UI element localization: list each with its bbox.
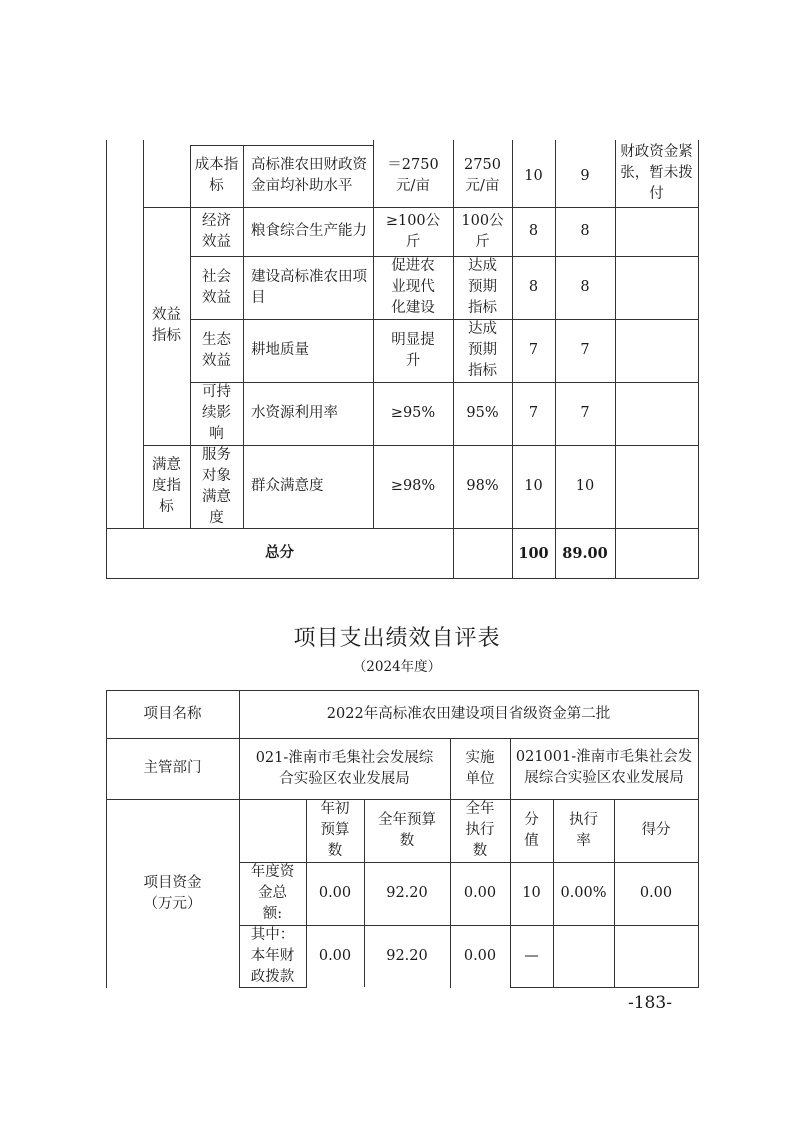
actual-cell: 达成预期指标 <box>453 319 512 382</box>
executed-cell: 0.00 <box>450 925 510 987</box>
note-cell <box>615 319 698 382</box>
header-weight: 分值 <box>510 799 553 862</box>
row-label: 年度资金总额: <box>239 862 306 925</box>
score-cell <box>614 925 698 987</box>
indicator-cell: 水资源利用率 <box>243 382 373 445</box>
weight-cell: 7 <box>512 319 555 382</box>
annual-budget-cell: 92.20 <box>364 925 450 987</box>
indicator-cell: 粮食综合生产能力 <box>243 207 373 256</box>
header-initial-budget: 年初预算数 <box>306 799 364 862</box>
target-cell: 促进农业现代化建设 <box>373 256 453 319</box>
score-cell: 8 <box>555 207 615 256</box>
target-cell: ≥100公斤 <box>373 207 453 256</box>
sub-indicator-cell: 服务对象满意度 <box>190 445 243 528</box>
note-cell <box>615 445 698 528</box>
note-cell <box>615 256 698 319</box>
total-note <box>615 528 698 578</box>
executed-cell: 0.00 <box>450 862 510 925</box>
actual-cell: 2750元/亩 <box>453 145 512 207</box>
project-name-value: 2022年高标准农田建设项目省级资金第二批 <box>239 690 698 738</box>
actual-cell: 达成预期指标 <box>453 256 512 319</box>
annual-budget-cell: 92.20 <box>364 862 450 925</box>
actual-cell: 95% <box>453 382 512 445</box>
weight-cell: 10 <box>512 445 555 528</box>
header-rate: 执行率 <box>553 799 614 862</box>
note-cell: 财政资金紧张，暂未拨付 <box>615 140 698 207</box>
score-cell: 7 <box>555 319 615 382</box>
score-cell: 9 <box>555 145 615 207</box>
rate-cell <box>553 925 614 987</box>
dept-label: 主管部门 <box>106 738 239 799</box>
total-score: 89.00 <box>555 528 615 578</box>
sub-indicator-cell: 成本指标 <box>190 145 243 207</box>
dept-value: 021-淮南市毛集社会发展综合实验区农业发展局 <box>239 738 450 799</box>
initial-budget-cell: 0.00 <box>306 925 364 987</box>
funds-label: 项目资金（万元） <box>106 799 239 988</box>
indicator-cell: 高标准农田财政资金亩均补助水平 <box>243 145 373 207</box>
score-cell: 8 <box>555 256 615 319</box>
target-cell: 明显提升 <box>373 319 453 382</box>
page-number: -183- <box>628 993 672 1013</box>
sub-indicator-cell: 生态效益 <box>190 319 243 382</box>
header-score: 得分 <box>614 799 698 862</box>
weight-cell: — <box>510 925 553 987</box>
sub-indicator-cell: 可持续影响 <box>190 382 243 445</box>
weight-cell: 10 <box>510 862 553 925</box>
score-cell: 0.00 <box>614 862 698 925</box>
score-cell: 7 <box>555 382 615 445</box>
note-cell <box>615 207 698 256</box>
weight-cell: 7 <box>512 382 555 445</box>
target-cell: ≥95% <box>373 382 453 445</box>
category-benefit: 效益指标 <box>143 207 190 445</box>
impl-label: 实施单位 <box>450 738 510 799</box>
target-cell: ≥98% <box>373 445 453 528</box>
total-weight: 100 <box>512 528 555 578</box>
row-label: 其中：本年财政拨款 <box>239 925 306 987</box>
actual-cell: 100公斤 <box>453 207 512 256</box>
category-satisfaction: 满意度指标 <box>143 445 190 528</box>
total-label: 总分 <box>106 528 453 578</box>
target-cell: ＝2750元/亩 <box>373 145 453 207</box>
page-subtitle: （2024年度） <box>0 655 794 675</box>
weight-cell: 10 <box>512 145 555 207</box>
note-cell <box>615 382 698 445</box>
indicator-cell: 建设高标准农田项目 <box>243 256 373 319</box>
score-cell: 10 <box>555 445 615 528</box>
weight-cell: 8 <box>512 207 555 256</box>
header-executed: 全年执行数 <box>450 799 510 862</box>
sub-indicator-cell: 社会效益 <box>190 256 243 319</box>
total-actual <box>453 528 512 578</box>
initial-budget-cell: 0.00 <box>306 862 364 925</box>
rate-cell: 0.00% <box>553 862 614 925</box>
impl-value: 021001-淮南市毛集社会发展综合实验区农业发展局 <box>510 736 698 799</box>
indicator-cell: 群众满意度 <box>243 445 373 528</box>
indicator-cell: 耕地质量 <box>243 319 373 382</box>
page-title: 项目支出绩效自评表 <box>0 621 794 652</box>
project-name-label: 项目名称 <box>106 690 239 738</box>
weight-cell: 8 <box>512 256 555 319</box>
header-blank <box>239 799 306 862</box>
header-annual-budget: 全年预算数 <box>364 799 450 862</box>
sub-indicator-cell: 经济效益 <box>190 207 243 256</box>
actual-cell: 98% <box>453 445 512 528</box>
